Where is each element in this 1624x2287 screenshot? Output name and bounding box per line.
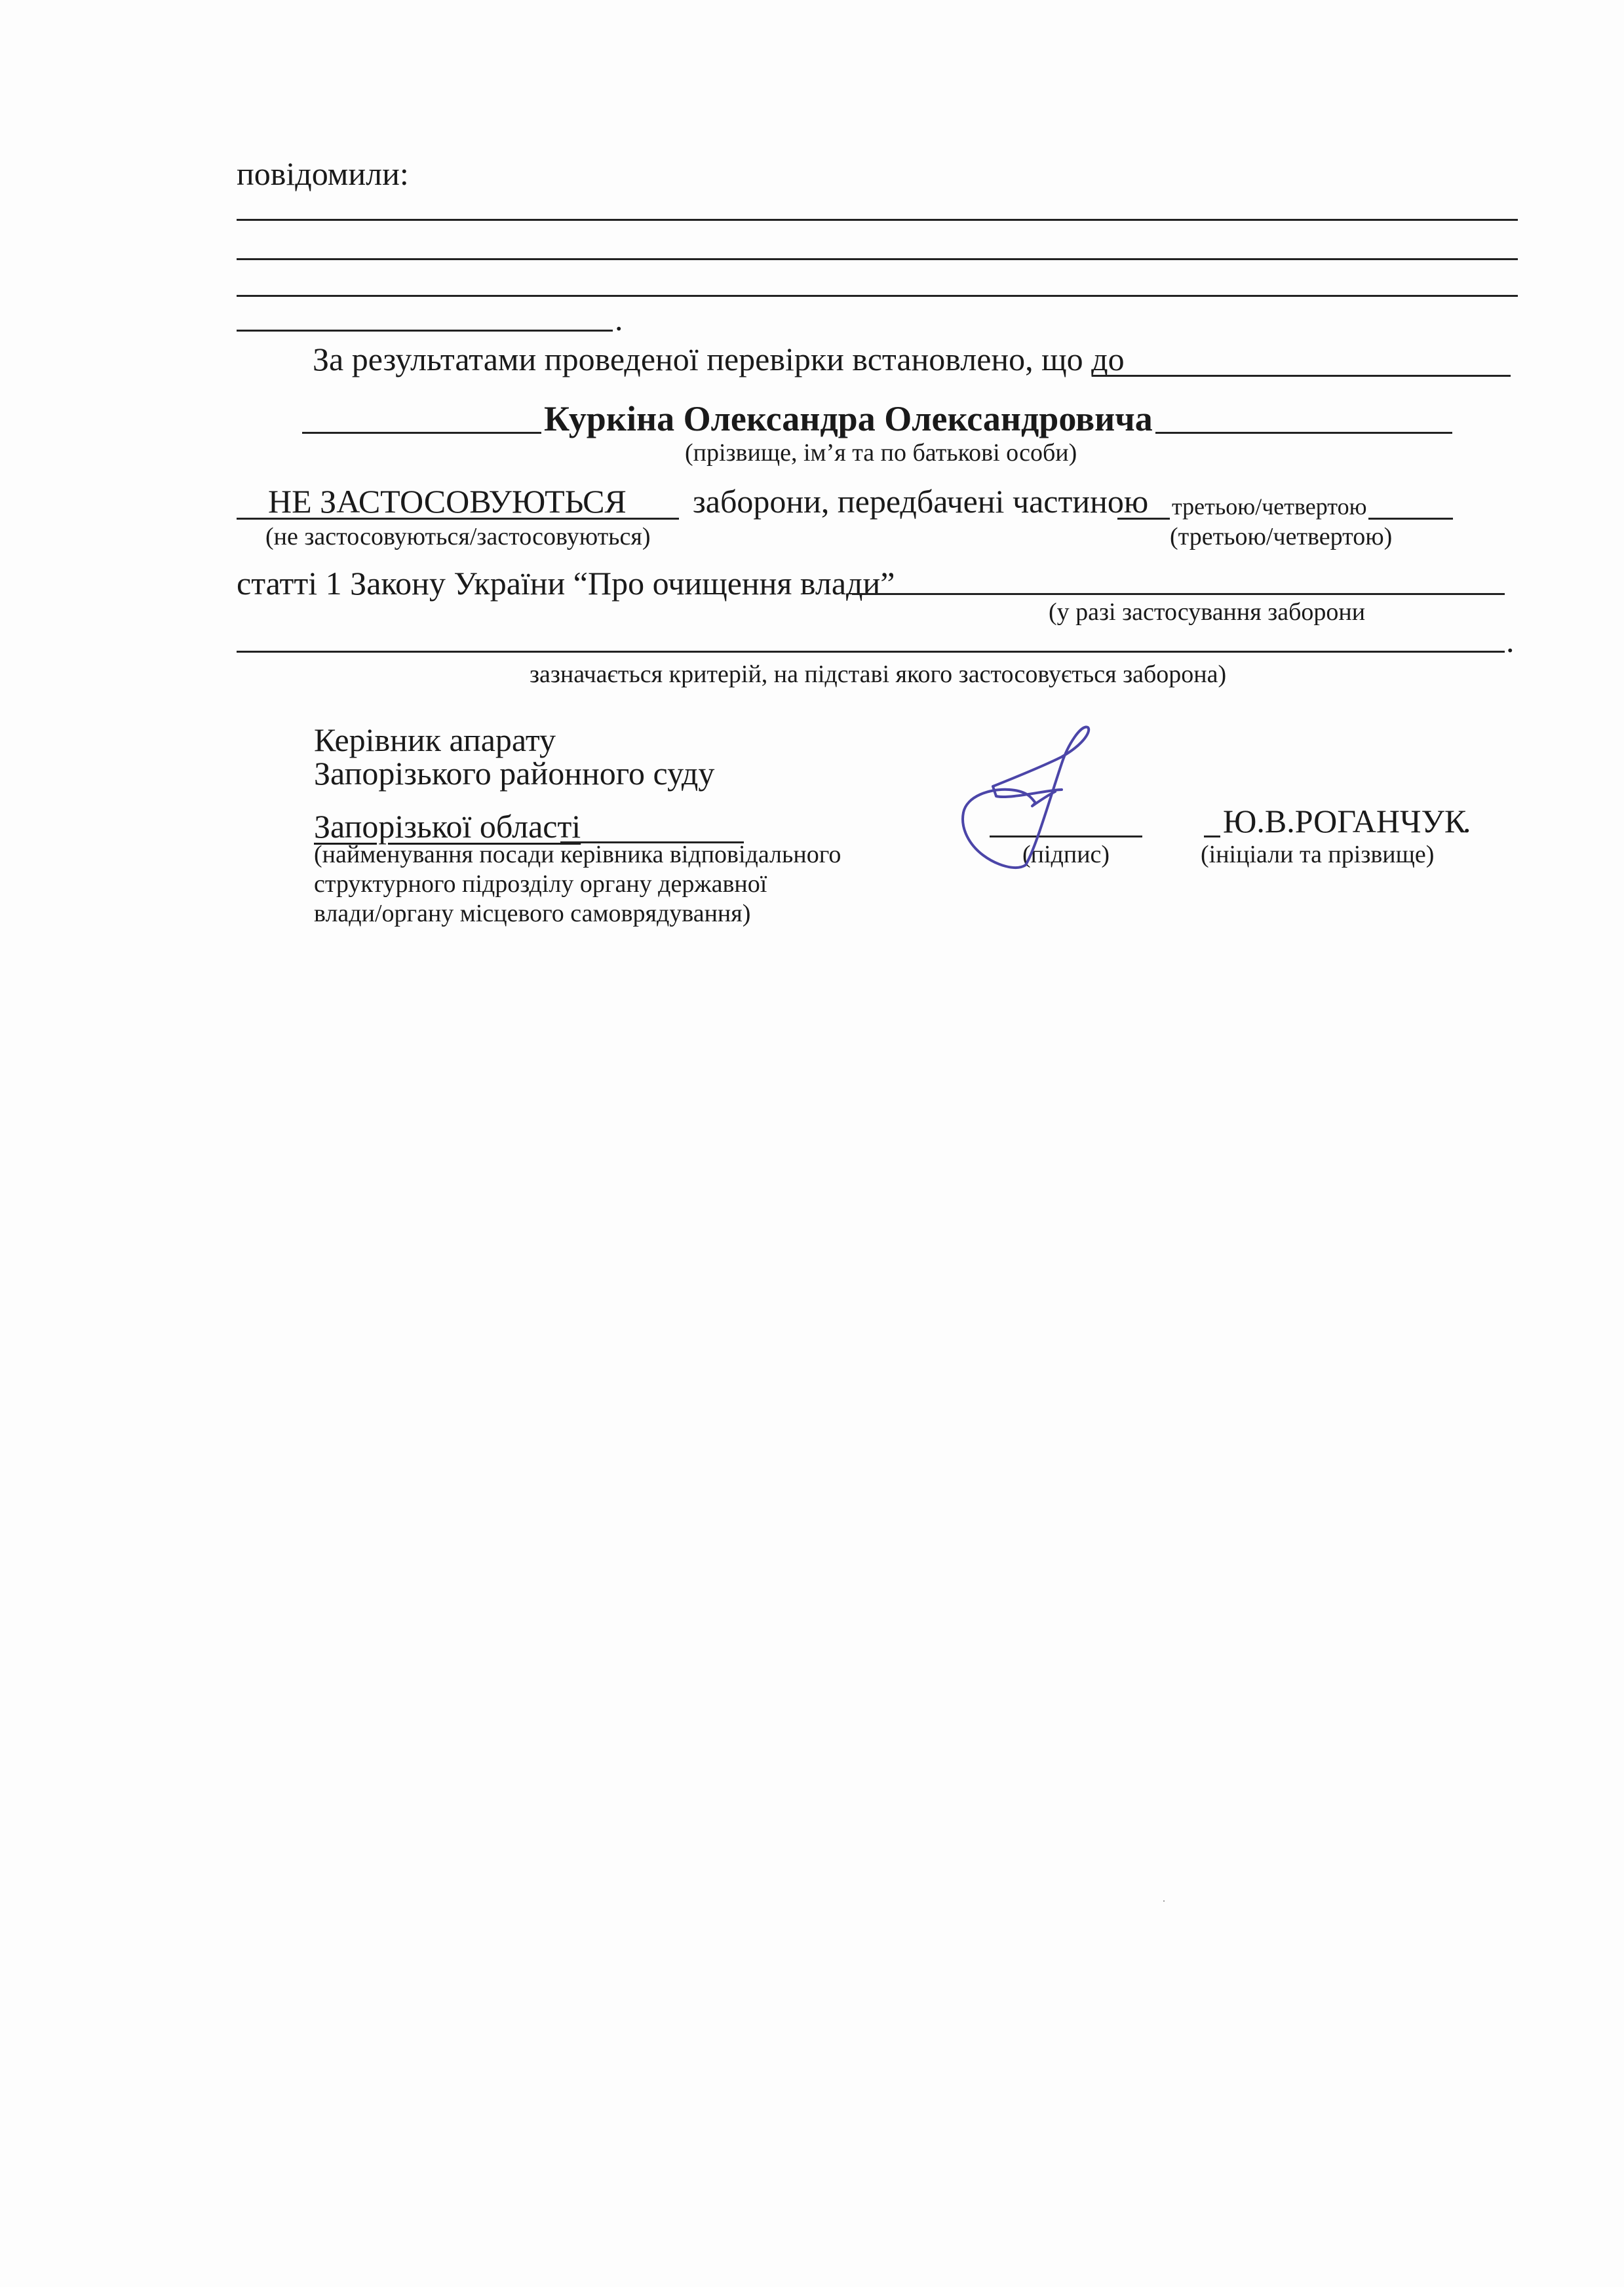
scan-speck xyxy=(1163,1900,1165,1902)
name-period: . xyxy=(1463,805,1471,837)
result-intro: За результатами проведеної перевірки вст… xyxy=(313,343,1125,375)
blank-line-to xyxy=(1092,375,1511,377)
position-line-1: Керівник апарату xyxy=(314,723,556,756)
applicability-value: НЕ ЗАСТОСОВУЮТЬСЯ xyxy=(265,485,629,518)
criterion-caption-1: (у разі застосування заборони xyxy=(1049,600,1365,625)
applicability-caption: (не застосовуються/застосовуються) xyxy=(265,524,651,549)
name-caption: (ініціали та прізвище) xyxy=(1201,842,1434,867)
signatory-name: Ю.В.РОГАНЧУК xyxy=(1220,805,1469,837)
blank-line-2 xyxy=(237,258,1518,260)
part-caption: (третьою/четвертою) xyxy=(1170,524,1392,549)
law-text: статті 1 Закону України “Про очищення вл… xyxy=(237,567,895,600)
person-caption: (прізвище, ім’я та по батькові особи) xyxy=(685,440,1077,465)
position-caption-1: (найменування посади керівника відповіда… xyxy=(314,842,841,867)
blank-line-3 xyxy=(237,295,1518,297)
person-name: Куркіна Олександра Олександровича xyxy=(541,398,1155,439)
position-caption-3: влади/органу місцевого самоврядування) xyxy=(314,901,750,926)
law-line xyxy=(852,593,1505,595)
criterion-caption-2: зазначається критерій, на підставі якого… xyxy=(530,662,1226,687)
position-line-2: Запорізького районного суду xyxy=(314,757,714,790)
blank-line-1 xyxy=(237,219,1518,221)
reported-label: повідомили: xyxy=(237,157,409,190)
position-line-3: Запорізької області xyxy=(314,810,581,843)
criterion-period: . xyxy=(1506,625,1515,657)
signature-icon xyxy=(957,724,1127,875)
position-caption-2: структурного підрозділу органу державної xyxy=(314,872,767,896)
criterion-caption-2-text: зазначається критерій, на підставі якого… xyxy=(530,661,1226,688)
period: . xyxy=(615,303,623,336)
prohibitions-text: заборони, передбачені частиною xyxy=(693,485,1148,518)
criterion-line xyxy=(237,651,1505,653)
part-value: третьою/четвертою xyxy=(1170,493,1368,520)
blank-line-4 xyxy=(237,330,613,332)
